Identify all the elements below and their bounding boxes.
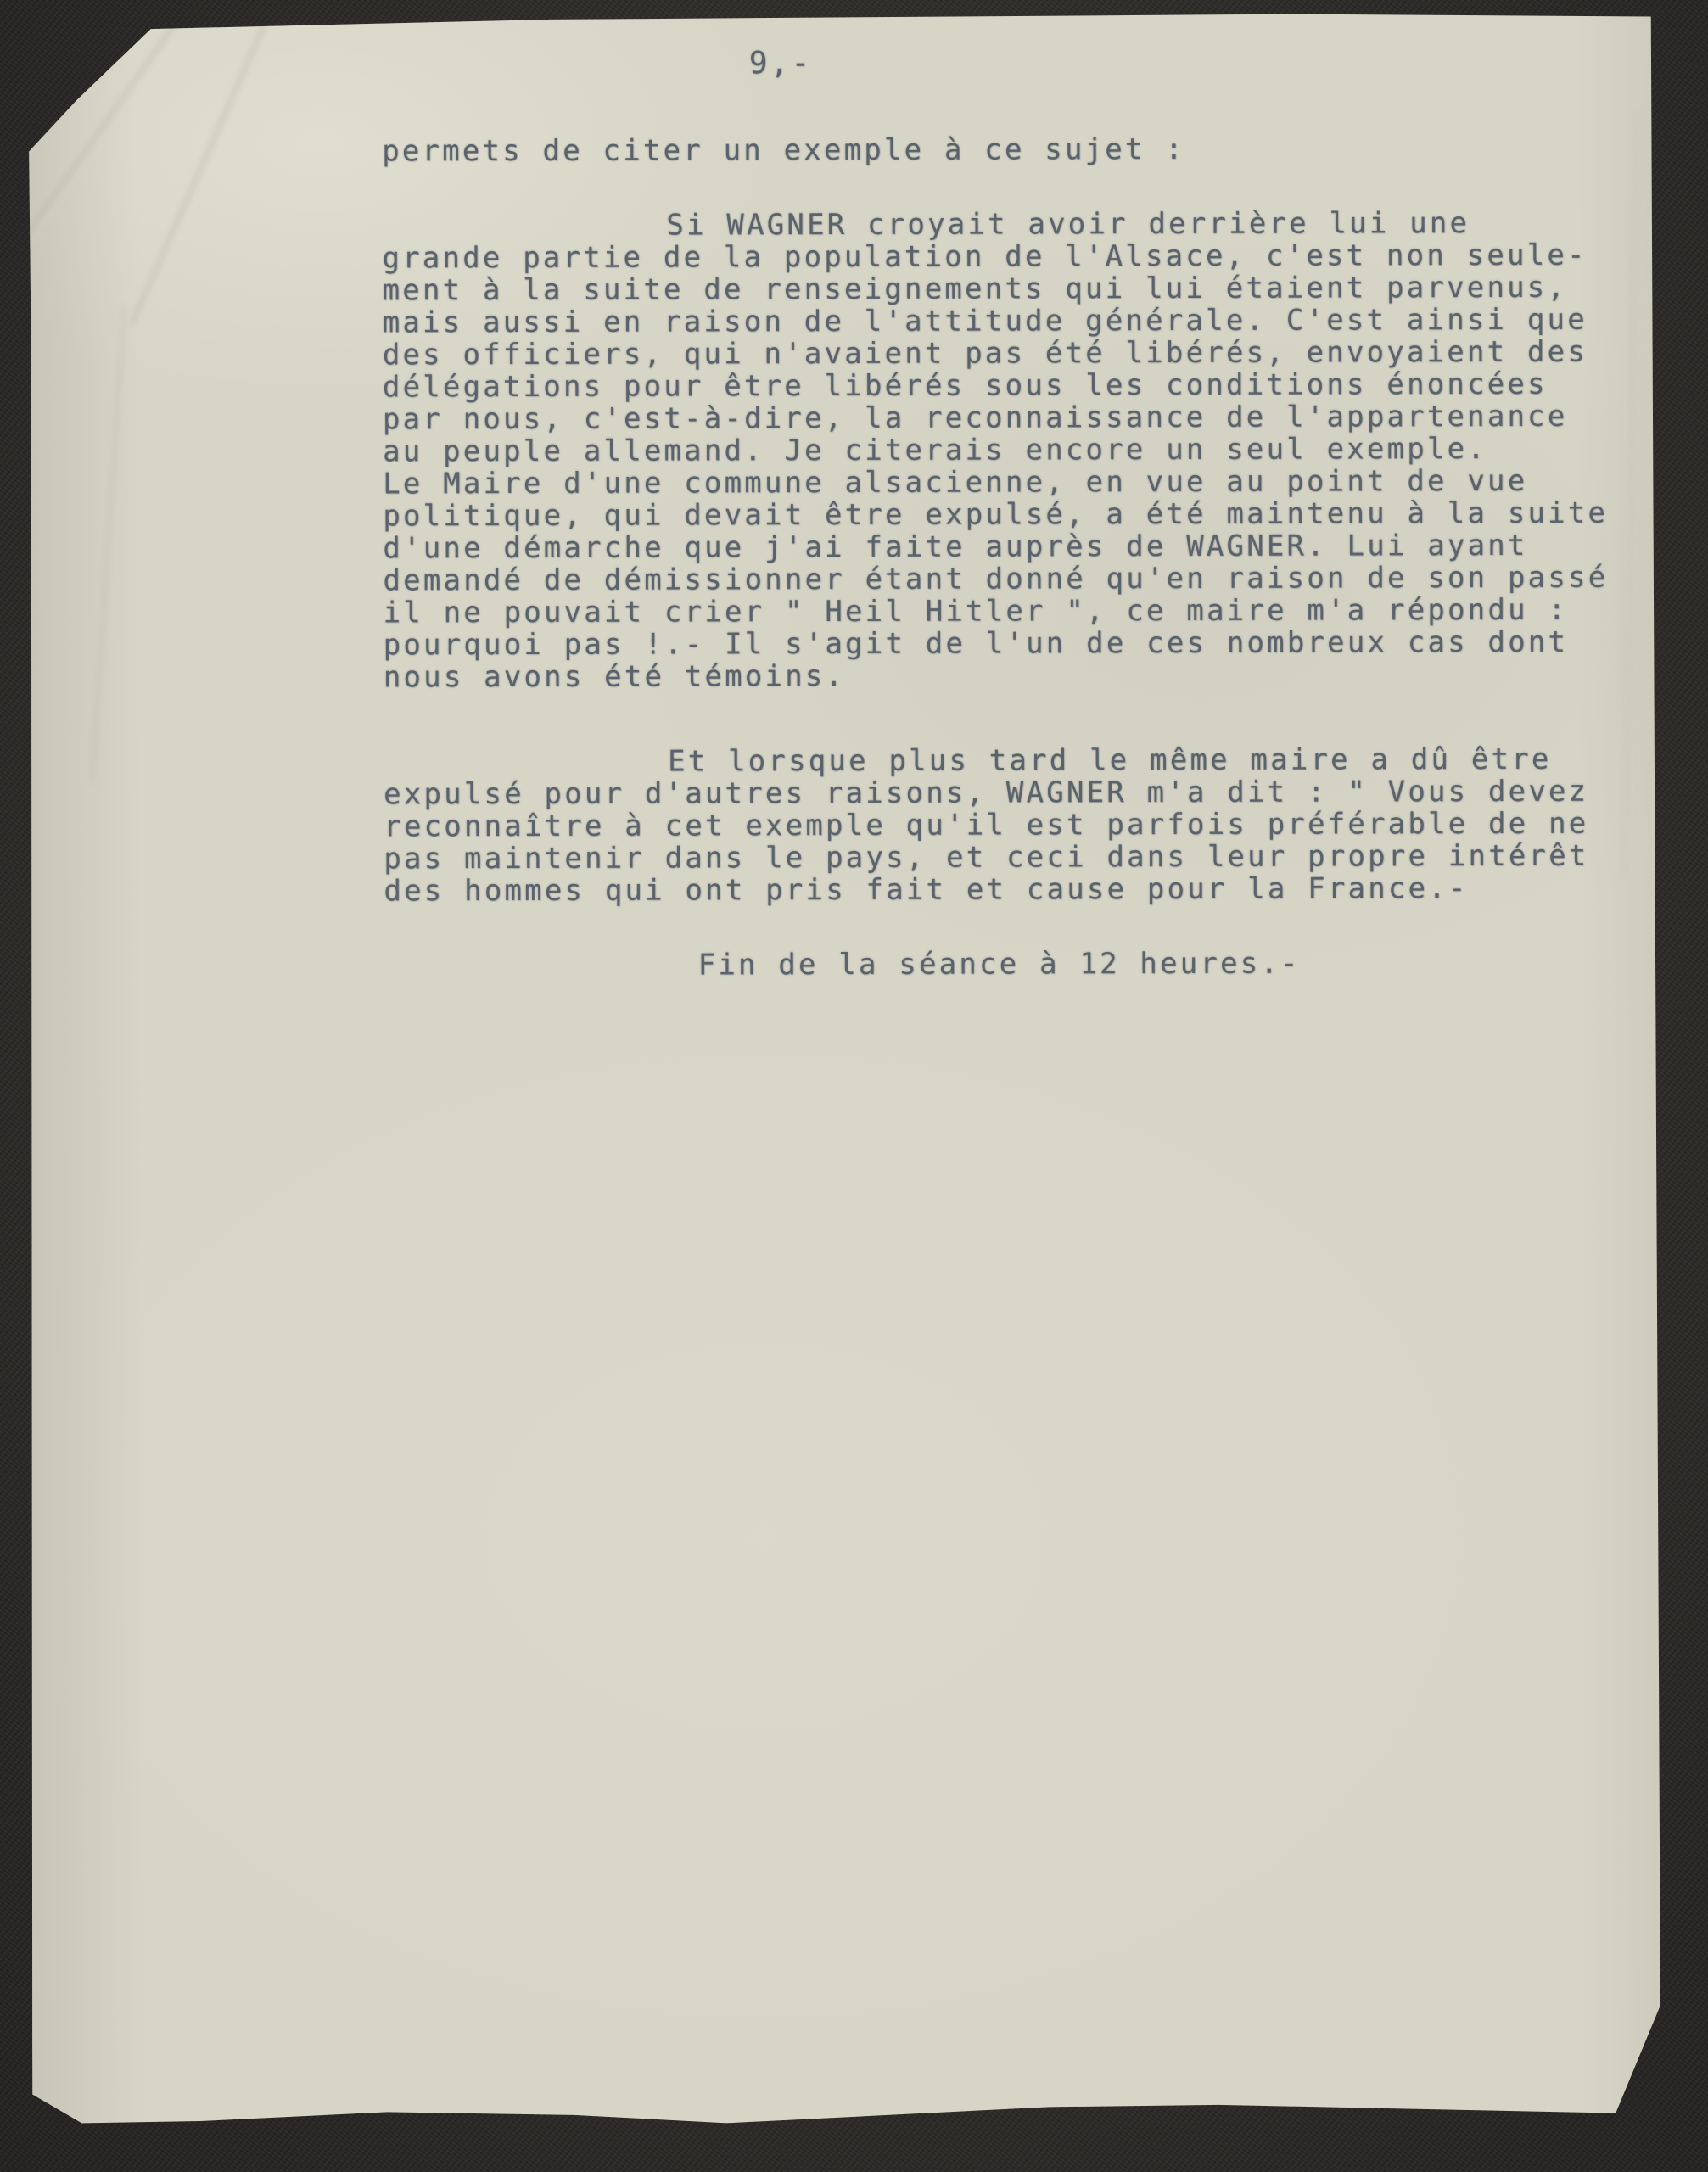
text-line: expulsé pour d'autres raisons, WAGNER m'… bbox=[384, 775, 1588, 811]
text-line: pourquoi pas !.- Il s'agit de l'un de ce… bbox=[384, 626, 1609, 662]
paragraph-2: Et lorsque plus tard le même maire a dû … bbox=[384, 743, 1589, 908]
text-line: mais aussi en raison de l'attitude génér… bbox=[383, 304, 1608, 339]
text-line: politique, qui devait être expulsé, a ét… bbox=[383, 497, 1608, 533]
text-line: Et lorsque plus tard le même maire a dû … bbox=[384, 743, 1588, 779]
typewritten-text-block: 9,- permets de citer un exemple à ce suj… bbox=[382, 12, 1635, 2130]
text-line: au peuple allemand. Je citerais encore u… bbox=[383, 433, 1608, 468]
text-line: nous avons été témoins. bbox=[384, 658, 1609, 694]
text-line: Si WAGNER croyait avoir derrière lui une bbox=[382, 207, 1607, 243]
text-line: des officiers, qui n'avaient pas été lib… bbox=[383, 336, 1608, 372]
text-line: des hommes qui ont pris fait et cause po… bbox=[384, 872, 1588, 908]
text-line: demandé de démissionner étant donné qu'e… bbox=[383, 562, 1608, 597]
text-line: Le Maire d'une commune alsacienne, en vu… bbox=[383, 465, 1608, 501]
text-line: grande partie de la population de l'Alsa… bbox=[382, 239, 1607, 275]
text-line: d'une démarche que j'ai faite auprès de … bbox=[383, 529, 1608, 565]
paper-crease bbox=[92, 308, 130, 782]
text-line: délégations pour être libérés sous les c… bbox=[383, 368, 1608, 404]
page-number: 9,- bbox=[749, 48, 813, 80]
photo-background: 9,- permets de citer un exemple à ce suj… bbox=[0, 0, 1708, 2172]
closing-line: Fin de la séance à 12 heures.- bbox=[384, 948, 1301, 982]
paper-crease bbox=[11, 20, 181, 260]
text-line: pas maintenir dans le pays, et ceci dans… bbox=[384, 840, 1588, 876]
text-line: il ne pouvait crier " Heil Hitler ", ce … bbox=[384, 594, 1609, 630]
paragraph-1: Si WAGNER croyait avoir derrière lui une… bbox=[382, 207, 1608, 694]
text-line: reconnaître à cet exemple qu'il est parf… bbox=[384, 808, 1588, 843]
text-line: par nous, c'est-à-dire, la reconnaissanc… bbox=[383, 400, 1608, 436]
text-line: ment à la suite de renseignements qui lu… bbox=[383, 271, 1608, 307]
intro-line: permets de citer un exemple à ce sujet : bbox=[382, 133, 1185, 167]
document-page: 9,- permets de citer un exemple à ce suj… bbox=[25, 11, 1665, 2130]
